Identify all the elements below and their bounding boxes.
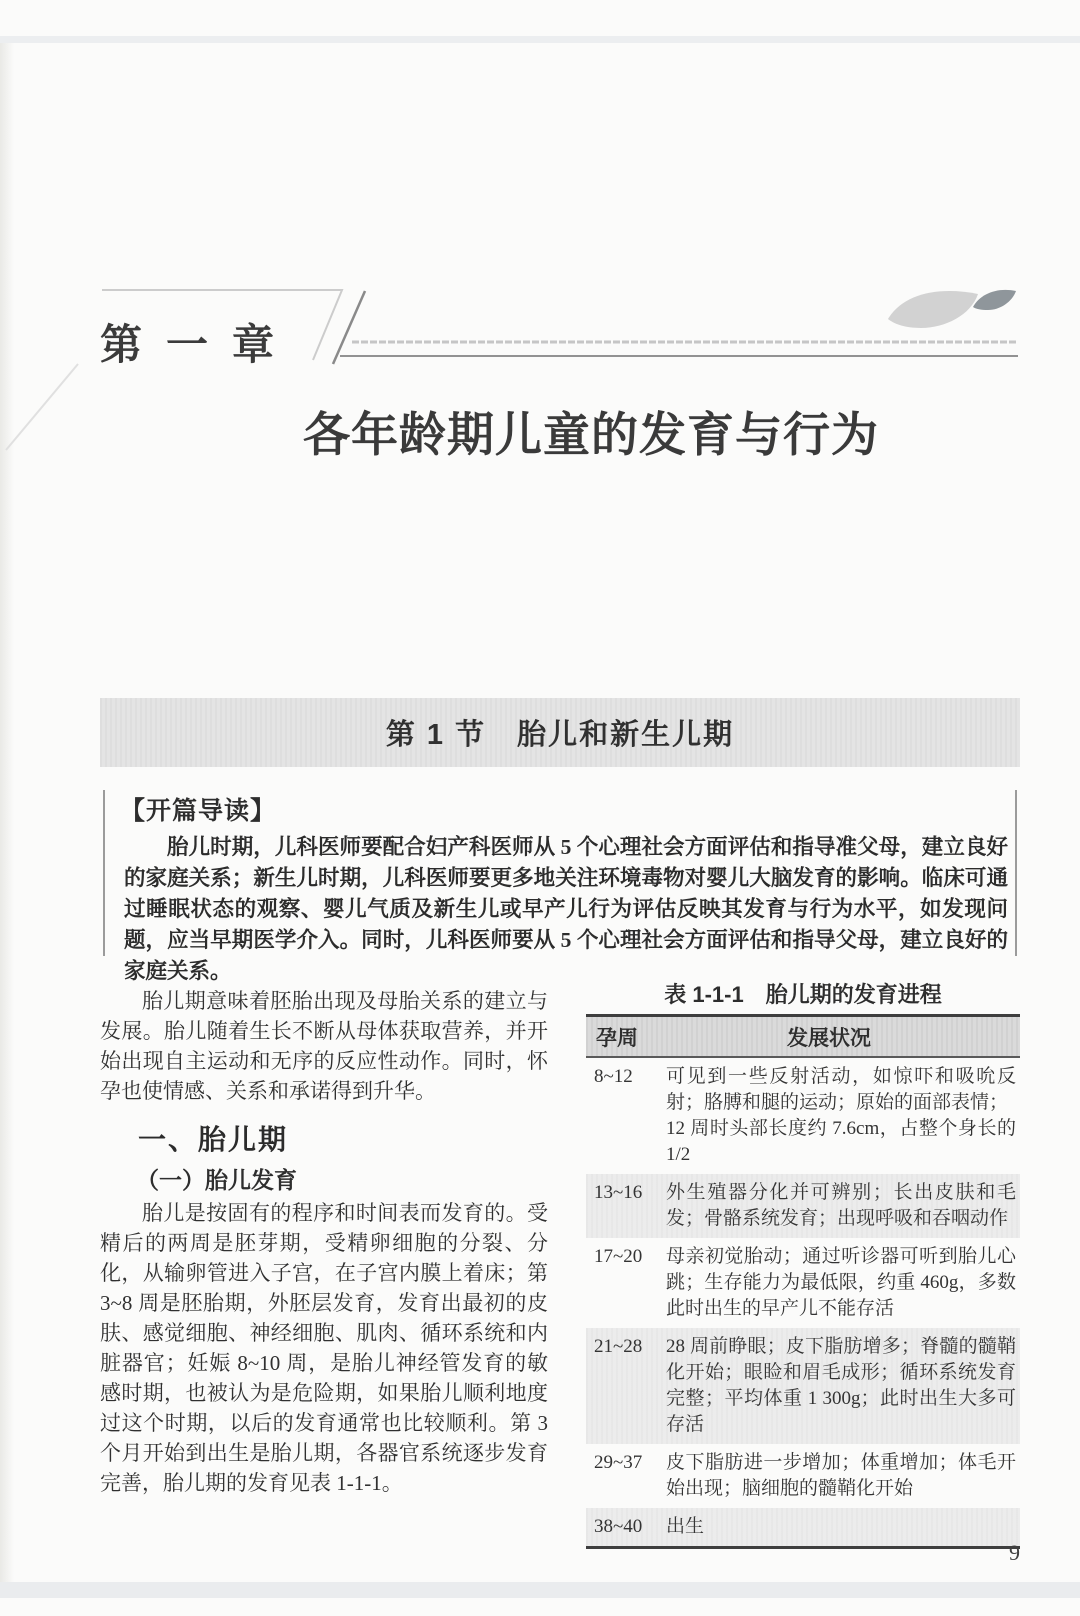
fetal-development-table: 表 1-1-1 胎儿期的发育进程 孕周 发展状况 8~12可见到一些反射活动，如… (586, 982, 1020, 1549)
chapter-slash-dark (333, 291, 365, 364)
intro-label: 【开篇导读】 (120, 791, 276, 827)
row-status: 母亲初觉胎动；通过听诊器可听到胎儿心跳；生存能力为最低限，约重 460g，多数此… (666, 1244, 1020, 1322)
page-number: 9 (980, 1540, 1020, 1566)
leaf-icon-dark (973, 290, 1016, 310)
body-paragraph-2: 胎儿是按固有的程序和时间表而发育的。受精后的两周是胚芽期，受精卵细胞的分裂、分化… (100, 1198, 548, 1498)
table-caption: 表 1-1-1 胎儿期的发育进程 (586, 982, 1020, 1014)
table-header-week: 孕周 (586, 1022, 668, 1052)
row-status: 出生 (666, 1514, 1020, 1540)
scan-edge-left (0, 43, 14, 1582)
leaf-icon-light (888, 291, 978, 328)
table-header-status: 发展状况 (668, 1022, 1020, 1052)
table-row: 8~12可见到一些反射活动，如惊吓和吸吮反射；胳膊和腿的运动；原始的面部表情；1… (586, 1058, 1020, 1174)
intro-rule-left (103, 790, 105, 956)
chapter-title: 各年龄期儿童的发育与行为 (303, 398, 879, 465)
row-week: 8~12 (586, 1064, 666, 1168)
intro-rule-right (1015, 790, 1017, 956)
table-header-row: 孕周 发展状况 (586, 1014, 1020, 1058)
row-week: 17~20 (586, 1244, 666, 1322)
subheading-fetal-development: （一）胎儿发育 (136, 1162, 297, 1195)
row-week: 29~37 (586, 1450, 666, 1502)
body-paragraph-1: 胎儿期意味着胚胎出现及母胎关系的建立与发展。胎儿随着生长不断从母体获取营养，并开… (100, 986, 548, 1106)
table-row: 13~16外生殖器分化并可辨别；长出皮肤和毛发；骨骼系统发育；出现呼吸和吞咽动作 (586, 1174, 1020, 1238)
row-status: 外生殖器分化并可辨别；长出皮肤和毛发；骨骼系统发育；出现呼吸和吞咽动作 (666, 1180, 1020, 1232)
table-row: 38~40出生 (586, 1508, 1020, 1546)
chapter-number: 第一章 (100, 312, 298, 372)
section-banner: 第 1 节 胎儿和新生儿期 (100, 698, 1020, 767)
row-week: 38~40 (586, 1514, 666, 1540)
row-status: 28 周前睁眼；皮下脂肪增多；脊髓的髓鞘化开始；眼睑和眉毛成形；循环系统发育完整… (666, 1334, 1020, 1438)
heading-fetal-period: 一、胎儿期 (138, 1118, 288, 1158)
scan-diagonal-mark (6, 364, 78, 450)
row-week: 13~16 (586, 1180, 666, 1232)
scan-edge-top (0, 36, 1080, 43)
table-rows: 8~12可见到一些反射活动，如惊吓和吸吮反射；胳膊和腿的运动；原始的面部表情；1… (586, 1058, 1020, 1549)
row-week: 21~28 (586, 1334, 666, 1438)
section-title: 第 1 节 胎儿和新生儿期 (386, 712, 734, 753)
table-row: 17~20母亲初觉胎动；通过听诊器可听到胎儿心跳；生存能力为最低限，约重 460… (586, 1238, 1020, 1328)
row-status: 可见到一些反射活动，如惊吓和吸吮反射；胳膊和腿的运动；原始的面部表情；12 周时… (666, 1064, 1020, 1168)
table-row: 29~37皮下脂肪进一步增加；体重增加；体毛开始出现；脑细胞的髓鞘化开始 (586, 1444, 1020, 1508)
scan-edge-bottom (0, 1582, 1080, 1598)
table-row: 21~2828 周前睁眼；皮下脂肪增多；脊髓的髓鞘化开始；眼睑和眉毛成形；循环系… (586, 1328, 1020, 1444)
row-status: 皮下脂肪进一步增加；体重增加；体毛开始出现；脑细胞的髓鞘化开始 (666, 1450, 1020, 1502)
book-page: 第一章 各年龄期儿童的发育与行为 第 1 节 胎儿和新生儿期 【开篇导读】 胎儿… (0, 0, 1080, 1616)
intro-paragraph: 胎儿时期，儿科医师要配合妇产科医师从 5 个心理社会方面评估和指导准父母，建立良… (124, 832, 1008, 987)
